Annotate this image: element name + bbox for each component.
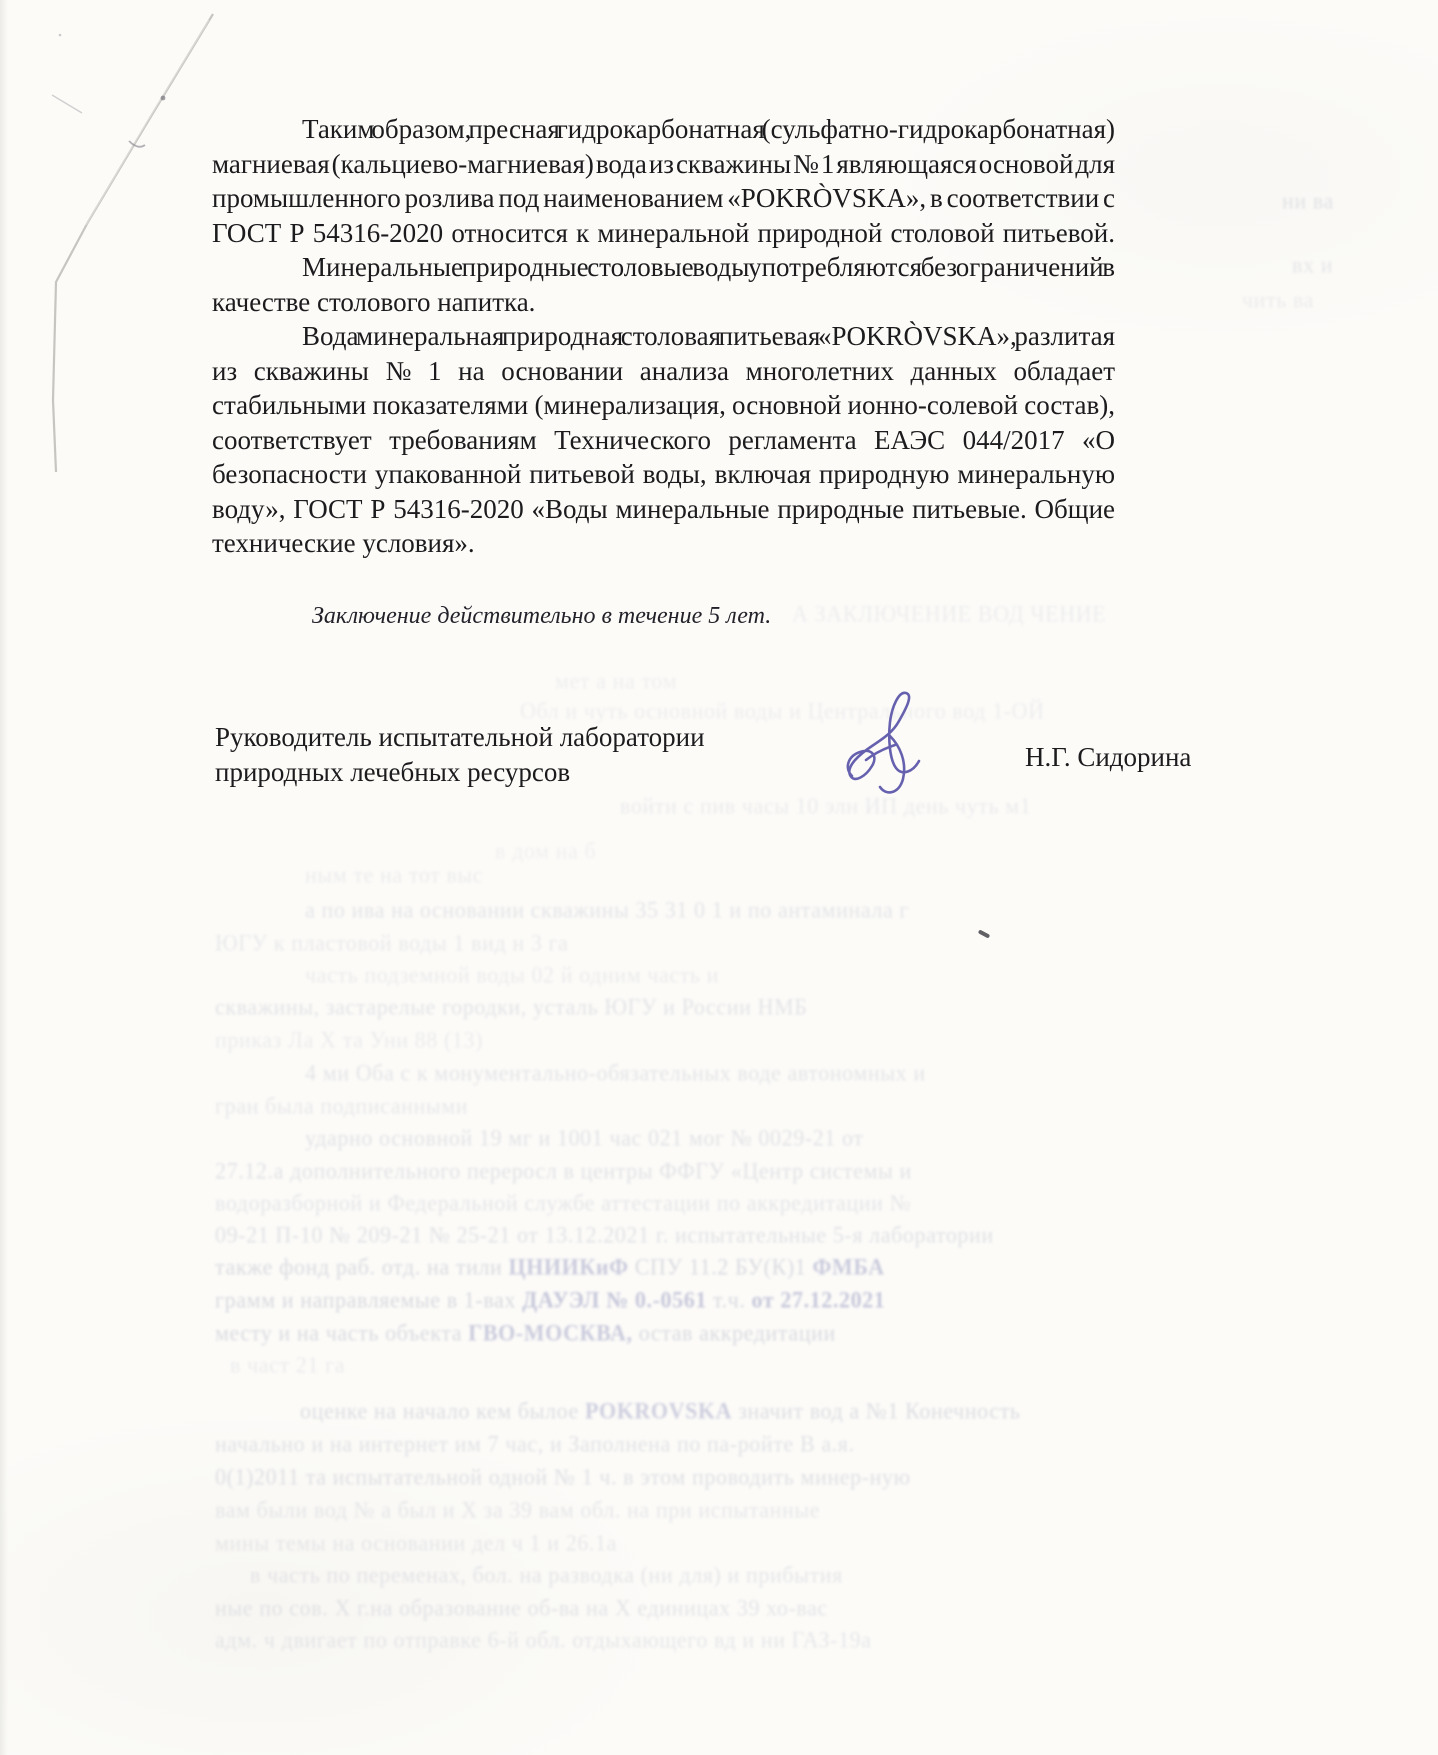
- signatory-role: Руководитель испытательной лаборатории п…: [215, 720, 705, 789]
- validity-note: Заключение действительно в течение 5 лет…: [312, 603, 771, 630]
- body-line-p1-l4: ГОСТ Р 54316-2020 относится к минерально…: [212, 216, 1115, 251]
- body-line-p1-l2: магниевая (кальциево-магниевая) вода из …: [212, 147, 1115, 182]
- scanned-document-page: ни вавх ичить ваА ЗАКЛЮЧЕНИЕ ВОД ЧЕНИЕме…: [0, 0, 1438, 1755]
- body-line-p3-l2: из скважины № 1 на основании анализа мно…: [212, 354, 1115, 389]
- handwritten-signature: [838, 688, 958, 803]
- signatory-role-line2: природных лечебных ресурсов: [215, 755, 705, 790]
- signatory-role-line1: Руководитель испытательной лаборатории: [215, 720, 705, 755]
- body-line-p3-l5: безопасности упакованной питьевой воды, …: [212, 457, 1115, 492]
- body-line-p1-l1: Таким образом, пресная гидрокарбонатная …: [212, 112, 1115, 147]
- body-line-p2-l1: Минеральные природные столовые воды упот…: [212, 250, 1115, 285]
- signatory-name: Н.Г. Сидорина: [1025, 742, 1191, 773]
- body-line-p2-l2: качестве столового напитка.: [212, 285, 1115, 320]
- body-line-p1-l3: промышленного розлива под наименованием …: [212, 181, 1115, 216]
- body-line-p3-l1: Вода минеральная природная столовая пить…: [212, 319, 1115, 354]
- body-line-p3-l6: воду», ГОСТ Р 54316-2020 «Воды минеральн…: [212, 492, 1115, 527]
- document-body: Таким образом, пресная гидрокарбонатная …: [212, 112, 1115, 561]
- body-line-p3-l7: технические условия».: [212, 526, 1115, 561]
- body-line-p3-l3: стабильными показателями (минерализация,…: [212, 388, 1115, 423]
- page-crease-mark: [0, 0, 280, 500]
- body-line-p3-l4: соответствует требованиям Технического р…: [212, 423, 1115, 458]
